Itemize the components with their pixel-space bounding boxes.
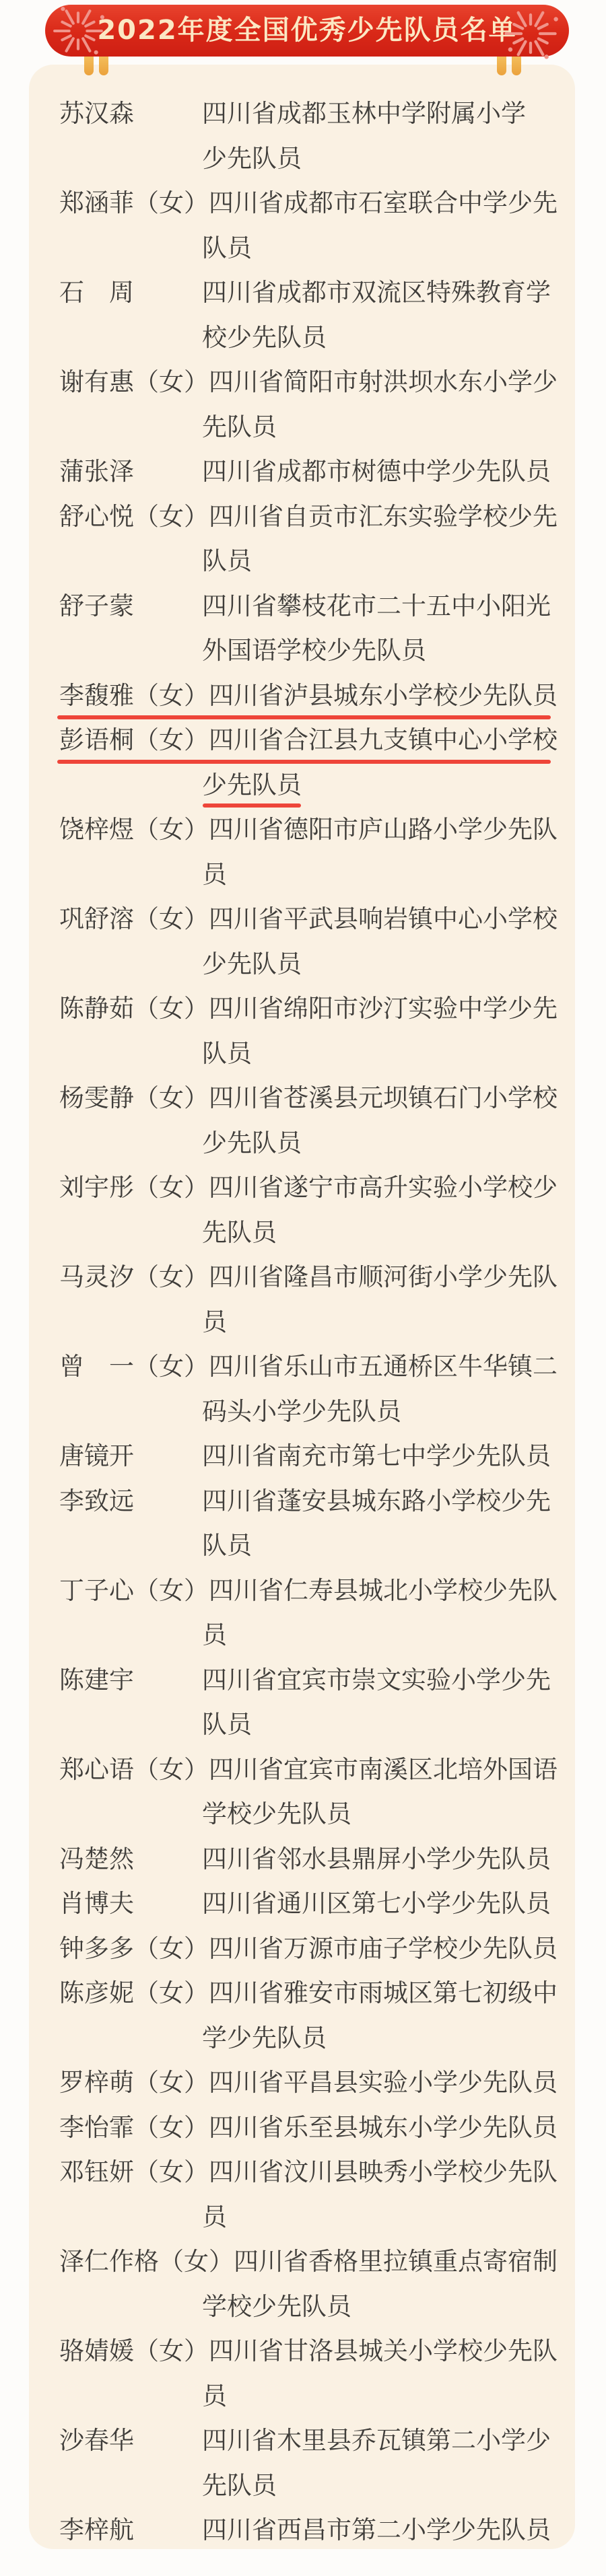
member-name [59, 232, 202, 277]
member-name [59, 2470, 202, 2515]
school-text: 员 [202, 859, 227, 904]
school-text: 队员 [202, 545, 252, 590]
list-item: 巩舒溶（女） 四川省平武县响岩镇中心小学校 [59, 903, 551, 948]
member-name [59, 948, 202, 993]
list-item: 学校少先队员 [59, 1798, 551, 1843]
list-item: 先队员 [59, 2470, 551, 2515]
list-item: 外国语学校少先队员 [59, 635, 551, 680]
school-text: 四川省自贡市汇东实验学校少先 [209, 501, 558, 546]
member-name: 沙春华 [59, 2425, 202, 2470]
list-item: 队员 [59, 1530, 551, 1575]
honor-list-card: 苏汉森 四川省成都玉林中学附属小学 少先队员 郑涵菲（女） 四川省成都市石室联合… [29, 65, 575, 2549]
member-name [59, 143, 202, 188]
member-name [59, 769, 202, 814]
school-text: 四川省乐至县城东小学少先队员 [209, 2112, 558, 2157]
school-text: 少先队员 [202, 948, 302, 993]
member-name [59, 859, 202, 904]
school-text: 四川省蓬安县城东路小学校少先 [202, 1485, 551, 1530]
list-item: 先队员 [59, 411, 551, 456]
member-name: 杨雯静（女） [59, 1082, 209, 1127]
member-name: 巩舒溶（女） [59, 903, 209, 948]
title-banner: 2022年度全国优秀少先队员名单 [45, 5, 569, 57]
list-item: 钟多多（女） 四川省万源市庙子学校少先队员 [59, 1933, 551, 1978]
member-name [59, 1709, 202, 1754]
list-item: 少先队员 [59, 1127, 551, 1172]
member-name: 李致远 [59, 1485, 202, 1530]
school-text: 四川省西昌市第二小学少先队员 [202, 2514, 551, 2549]
school-text: 四川省平昌县实验小学少先队员 [209, 2067, 558, 2112]
school-text: 四川省木里县乔瓦镇第二小学少 [202, 2425, 551, 2470]
list-item: 刘宇彤（女） 四川省遂宁市高升实验小学校少 [59, 1172, 551, 1217]
page-title: 2022年度全国优秀少先队员名单 [97, 5, 516, 57]
member-name [59, 1798, 202, 1843]
member-name: 蒲张泽 [59, 456, 202, 501]
school-text: 外国语学校少先队员 [202, 635, 426, 680]
school-text: 员 [202, 2201, 227, 2246]
list-item: 苏汉森 四川省成都玉林中学附属小学 [59, 98, 551, 143]
list-item: 码头小学少先队员 [59, 1396, 551, 1441]
member-name: 李梓航 [59, 2514, 202, 2549]
member-name: 李馥雅（女） [59, 680, 209, 725]
school-text: 队员 [202, 1709, 252, 1754]
school-text: 四川省简阳市射洪坝水东小学少 [209, 366, 558, 411]
list-item: 学少先队员 [59, 2022, 551, 2067]
list-item: 少先队员 [59, 769, 551, 814]
school-text: 四川省绵阳市沙汀实验中学少先 [209, 993, 558, 1038]
school-text: 四川省甘洛县城关小学校少先队 [209, 2335, 558, 2380]
list-item-highlighted: 李馥雅（女） 四川省泸县城东小学校少先队员 [59, 680, 551, 725]
member-name: 肖博夫 [59, 1888, 202, 1933]
list-item: 学校少先队员 [59, 2291, 551, 2336]
member-name [59, 635, 202, 680]
school-text: 四川省泸县城东小学校少先队员 [209, 680, 558, 725]
school-text: 四川省通川区第七小学少先队员 [202, 1888, 551, 1933]
school-text: 学校少先队员 [202, 1798, 351, 1843]
honor-list: 苏汉森 四川省成都玉林中学附属小学 少先队员 郑涵菲（女） 四川省成都市石室联合… [59, 98, 551, 2549]
member-name: 曾 一（女） [59, 1351, 209, 1396]
member-name: 谢有惠（女） [59, 366, 209, 411]
member-name: 舒心悦（女） [59, 501, 209, 546]
list-item: 杨雯静（女） 四川省苍溪县元坝镇石门小学校 [59, 1082, 551, 1127]
list-item: 员 [59, 859, 551, 904]
list-item: 罗梓萌（女） 四川省平昌县实验小学少先队员 [59, 2067, 551, 2112]
list-item: 校少先队员 [59, 322, 551, 367]
school-text: 先队员 [202, 411, 277, 456]
member-name: 丁子心（女） [59, 1575, 209, 1620]
member-name [59, 1619, 202, 1664]
member-name [59, 1306, 202, 1351]
list-item: 马灵汐（女） 四川省隆昌市顺河街小学少先队 [59, 1261, 551, 1306]
school-text: 员 [202, 1306, 227, 1351]
list-item: 李怡霏（女） 四川省乐至县城东小学少先队员 [59, 2112, 551, 2157]
list-item: 肖博夫 四川省通川区第七小学少先队员 [59, 1888, 551, 1933]
school-text: 四川省邻水县鼎屏小学少先队员 [202, 1843, 551, 1888]
member-name: 饶梓煜（女） [59, 814, 209, 859]
member-name: 石 周 [59, 277, 202, 322]
list-item: 石 周 四川省成都市双流区特殊教育学 [59, 277, 551, 322]
list-item: 沙春华 四川省木里县乔瓦镇第二小学少 [59, 2425, 551, 2470]
member-name: 泽仁作格（女） [59, 2246, 234, 2291]
school-text: 四川省苍溪县元坝镇石门小学校 [209, 1082, 558, 1127]
school-text: 四川省成都玉林中学附属小学 [202, 98, 526, 143]
list-item: 舒子蒙 四川省攀枝花市二十五中小阳光 [59, 590, 551, 635]
school-text: 四川省隆昌市顺河街小学少先队 [209, 1261, 558, 1306]
school-text: 四川省宜宾市崇文实验小学少先 [202, 1664, 551, 1709]
member-name: 马灵汐（女） [59, 1261, 209, 1306]
member-name [59, 2380, 202, 2425]
school-text: 队员 [202, 1530, 252, 1575]
list-item: 谢有惠（女） 四川省简阳市射洪坝水东小学少 [59, 366, 551, 411]
list-item-highlighted: 彭语桐（女） 四川省合江县九支镇中心小学校 [59, 724, 551, 769]
school-text: 四川省南充市第七中学少先队员 [202, 1440, 551, 1485]
list-item: 先队员 [59, 1217, 551, 1262]
list-item: 队员 [59, 232, 551, 277]
list-item: 队员 [59, 1038, 551, 1083]
list-item: 陈静茹（女） 四川省绵阳市沙汀实验中学少先 [59, 993, 551, 1038]
school-text: 四川省成都市石室联合中学少先 [209, 187, 558, 232]
list-item: 郑心语（女） 四川省宜宾市南溪区北培外国语 [59, 1754, 551, 1799]
member-name: 陈彦妮（女） [59, 1977, 209, 2022]
school-text: 四川省仁寿县城北小学校少先队 [209, 1575, 558, 1620]
school-text: 四川省德阳市庐山路小学少先队 [209, 814, 558, 859]
member-name: 陈静茹（女） [59, 993, 209, 1038]
list-item: 舒心悦（女） 四川省自贡市汇东实验学校少先 [59, 501, 551, 546]
list-item: 骆婧媛（女） 四川省甘洛县城关小学校少先队 [59, 2335, 551, 2380]
member-name [59, 1127, 202, 1172]
school-text: 学校少先队员 [202, 2291, 351, 2336]
member-name [59, 1530, 202, 1575]
school-text: 四川省雅安市雨城区第七初级中 [209, 1977, 558, 2022]
school-text: 码头小学少先队员 [202, 1396, 401, 1441]
school-text: 队员 [202, 232, 252, 277]
school-text: 四川省合江县九支镇中心小学校 [209, 724, 558, 769]
school-text: 四川省乐山市五通桥区牛华镇二 [209, 1351, 558, 1396]
member-name [59, 2022, 202, 2067]
member-name: 舒子蒙 [59, 590, 202, 635]
list-item: 冯楚然 四川省邻水县鼎屏小学少先队员 [59, 1843, 551, 1888]
list-item: 丁子心（女） 四川省仁寿县城北小学校少先队 [59, 1575, 551, 1620]
member-name [59, 2201, 202, 2246]
member-name: 邓钰妍（女） [59, 2156, 209, 2201]
school-text: 员 [202, 2380, 227, 2425]
list-item: 郑涵菲（女） 四川省成都市石室联合中学少先 [59, 187, 551, 232]
list-item: 李梓航 四川省西昌市第二小学少先队员 [59, 2514, 551, 2549]
school-text: 校少先队员 [202, 322, 327, 367]
member-name [59, 1217, 202, 1262]
member-name: 李怡霏（女） [59, 2112, 209, 2157]
school-text: 先队员 [202, 1217, 277, 1262]
school-text: 员 [202, 1619, 227, 1664]
school-text: 四川省遂宁市高升实验小学校少 [209, 1172, 558, 1217]
member-name: 陈建宇 [59, 1664, 202, 1709]
member-name: 刘宇彤（女） [59, 1172, 209, 1217]
list-item: 蒲张泽 四川省成都市树德中学少先队员 [59, 456, 551, 501]
member-name: 苏汉森 [59, 98, 202, 143]
member-name: 冯楚然 [59, 1843, 202, 1888]
school-text: 少先队员 [202, 1127, 302, 1172]
member-name: 罗梓萌（女） [59, 2067, 209, 2112]
member-name: 骆婧媛（女） [59, 2335, 209, 2380]
school-text: 四川省平武县响岩镇中心小学校 [209, 903, 558, 948]
member-name: 彭语桐（女） [59, 724, 209, 769]
member-name: 钟多多（女） [59, 1933, 209, 1978]
school-text: 四川省万源市庙子学校少先队员 [209, 1933, 558, 1978]
member-name [59, 545, 202, 590]
school-text: 四川省香格里拉镇重点寄宿制 [234, 2246, 558, 2291]
list-item: 员 [59, 1306, 551, 1351]
member-name: 郑涵菲（女） [59, 187, 209, 232]
school-text: 队员 [202, 1038, 252, 1083]
school-text: 四川省宜宾市南溪区北培外国语 [209, 1754, 558, 1799]
list-item: 邓钰妍（女） 四川省汶川县映秀小学校少先队 [59, 2156, 551, 2201]
member-name [59, 2291, 202, 2336]
member-name [59, 322, 202, 367]
list-item: 少先队员 [59, 948, 551, 993]
list-item: 员 [59, 1619, 551, 1664]
list-item: 少先队员 [59, 143, 551, 188]
list-item: 泽仁作格（女） 四川省香格里拉镇重点寄宿制 [59, 2246, 551, 2291]
list-item: 曾 一（女） 四川省乐山市五通桥区牛华镇二 [59, 1351, 551, 1396]
school-text: 四川省攀枝花市二十五中小阳光 [202, 590, 551, 635]
list-item: 饶梓煜（女） 四川省德阳市庐山路小学少先队 [59, 814, 551, 859]
list-item: 唐镜开 四川省南充市第七中学少先队员 [59, 1440, 551, 1485]
member-name [59, 1038, 202, 1083]
list-item: 李致远 四川省蓬安县城东路小学校少先 [59, 1485, 551, 1530]
member-name: 唐镜开 [59, 1440, 202, 1485]
school-text: 先队员 [202, 2470, 277, 2515]
school-text: 学少先队员 [202, 2022, 327, 2067]
school-text: 四川省汶川县映秀小学校少先队 [209, 2156, 558, 2201]
list-item: 队员 [59, 1709, 551, 1754]
list-item: 员 [59, 2380, 551, 2425]
list-item: 员 [59, 2201, 551, 2246]
list-item: 队员 [59, 545, 551, 590]
list-item: 陈彦妮（女） 四川省雅安市雨城区第七初级中 [59, 1977, 551, 2022]
school-text: 少先队员 [202, 769, 302, 814]
member-name [59, 411, 202, 456]
list-item: 陈建宇 四川省宜宾市崇文实验小学少先 [59, 1664, 551, 1709]
school-text: 四川省成都市树德中学少先队员 [202, 456, 551, 501]
member-name: 郑心语（女） [59, 1754, 209, 1799]
member-name [59, 1396, 202, 1441]
school-text: 四川省成都市双流区特殊教育学 [202, 277, 551, 322]
school-text: 少先队员 [202, 143, 302, 188]
